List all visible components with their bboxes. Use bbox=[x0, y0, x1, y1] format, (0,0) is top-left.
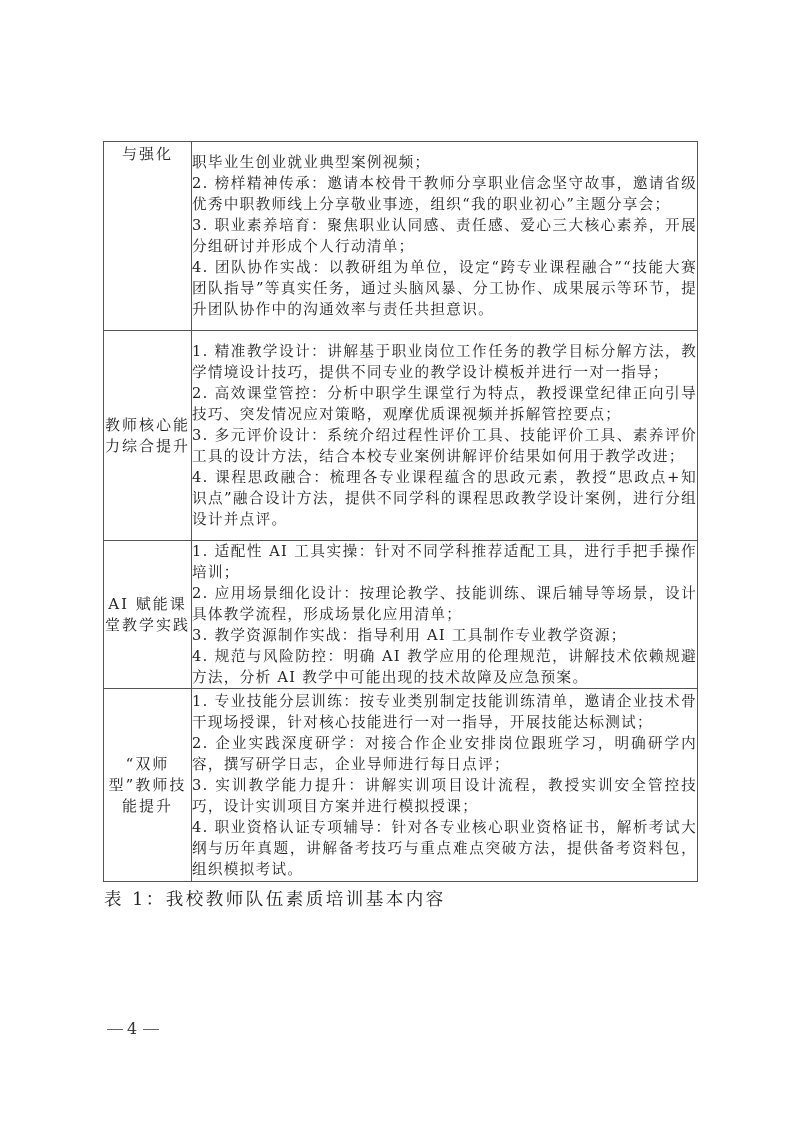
content-cell: 1. 适配性 AI 工具实操：针对不同学科推荐适配工具，进行手把手操作培训； 2… bbox=[192, 541, 698, 689]
table-row: AI 赋能课堂教学实践 1. 适配性 AI 工具实操：针对不同学科推荐适配工具，… bbox=[104, 541, 698, 689]
training-content-table: 与强化 职毕业生创业就业典型案例视频； 2. 榜样精神传承：邀请本校骨干教师分享… bbox=[103, 141, 698, 882]
list-item: 1. 精准教学设计：讲解基于职业岗位工作任务的教学目标分解方法，教学情境设计技巧… bbox=[192, 341, 697, 383]
category-cell: AI 赋能课堂教学实践 bbox=[104, 541, 192, 689]
dash-decoration bbox=[143, 1029, 159, 1031]
list-item: 1. 适配性 AI 工具实操：针对不同学科推荐适配工具，进行手把手操作培训； bbox=[192, 541, 697, 583]
content-cell: 职毕业生创业就业典型案例视频； 2. 榜样精神传承：邀请本校骨干教师分享职业信念… bbox=[192, 142, 698, 331]
category-cell: “双师型”教师技能提升 bbox=[104, 689, 192, 882]
list-item: 4. 团队协作实战：以教研组为单位，设定“跨专业课程融合”“技能大赛团队指导”等… bbox=[192, 257, 697, 320]
list-item: 3. 多元评价设计：系统介绍过程性评价工具、技能评价工具、素养评价工具的设计方法… bbox=[192, 425, 697, 467]
list-item: 3. 教学资源制作实战：指导利用 AI 工具制作专业教学资源； bbox=[192, 625, 697, 646]
list-item: 1. 专业技能分层训练：按专业类别制定技能训练清单，邀请企业技术骨干现场授课，针… bbox=[192, 691, 697, 733]
list-item: 4. 规范与风险防控：明确 AI 教学应用的伦理规范，讲解技术依赖规避方法，分析… bbox=[192, 646, 697, 688]
content-cell: 1. 专业技能分层训练：按专业类别制定技能训练清单，邀请企业技术骨干现场授课，针… bbox=[192, 689, 698, 882]
table-row: 与强化 职毕业生创业就业典型案例视频； 2. 榜样精神传承：邀请本校骨干教师分享… bbox=[104, 142, 698, 331]
list-item: 3. 职业素养培育：聚焦职业认同感、责任感、爱心三大核心素养，开展分组研讨并形成… bbox=[192, 215, 697, 257]
list-item: 3. 实训教学能力提升：讲解实训项目设计流程，教授实训安全管控技巧，设计实训项目… bbox=[192, 775, 697, 817]
list-item: 职毕业生创业就业典型案例视频； bbox=[192, 152, 697, 173]
content-cell: 1. 精准教学设计：讲解基于职业岗位工作任务的教学目标分解方法，教学情境设计技巧… bbox=[192, 331, 698, 541]
list-item: 2. 企业实践深度研学：对接合作企业安排岗位跟班学习，明确研学内容，撰写研学日志… bbox=[192, 733, 697, 775]
category-cell: 与强化 bbox=[104, 142, 192, 331]
category-cell: 教师核心能力综合提升 bbox=[104, 331, 192, 541]
page-number: 4 bbox=[127, 1019, 139, 1038]
list-item: 4. 职业资格认证专项辅导：针对各专业核心职业资格证书，解析考试大纲与历年真题，… bbox=[192, 817, 697, 880]
table-row: 教师核心能力综合提升 1. 精准教学设计：讲解基于职业岗位工作任务的教学目标分解… bbox=[104, 331, 698, 541]
document-page: 与强化 职毕业生创业就业典型案例视频； 2. 榜样精神传承：邀请本校骨干教师分享… bbox=[0, 0, 800, 1131]
list-item: 2. 应用场景细化设计：按理论教学、技能训练、课后辅导等场景，设计具体教学流程，… bbox=[192, 583, 697, 625]
dash-decoration bbox=[107, 1029, 123, 1031]
list-item: 2. 高效课堂管控：分析中职学生课堂行为特点，教授课堂纪律正向引导技巧、突发情况… bbox=[192, 383, 697, 425]
list-item: 2. 榜样精神传承：邀请本校骨干教师分享职业信念坚守故事，邀请省级优秀中职教师线… bbox=[192, 173, 697, 215]
page-number-footer: 4 bbox=[103, 1019, 163, 1038]
table-caption: 表 1：我校教师队伍素质培训基本内容 bbox=[104, 886, 446, 911]
list-item: 4. 课程思政融合：梳理各专业课程蕴含的思政元素，教授“思政点+知识点”融合设计… bbox=[192, 467, 697, 530]
table-row: “双师型”教师技能提升 1. 专业技能分层训练：按专业类别制定技能训练清单，邀请… bbox=[104, 689, 698, 882]
